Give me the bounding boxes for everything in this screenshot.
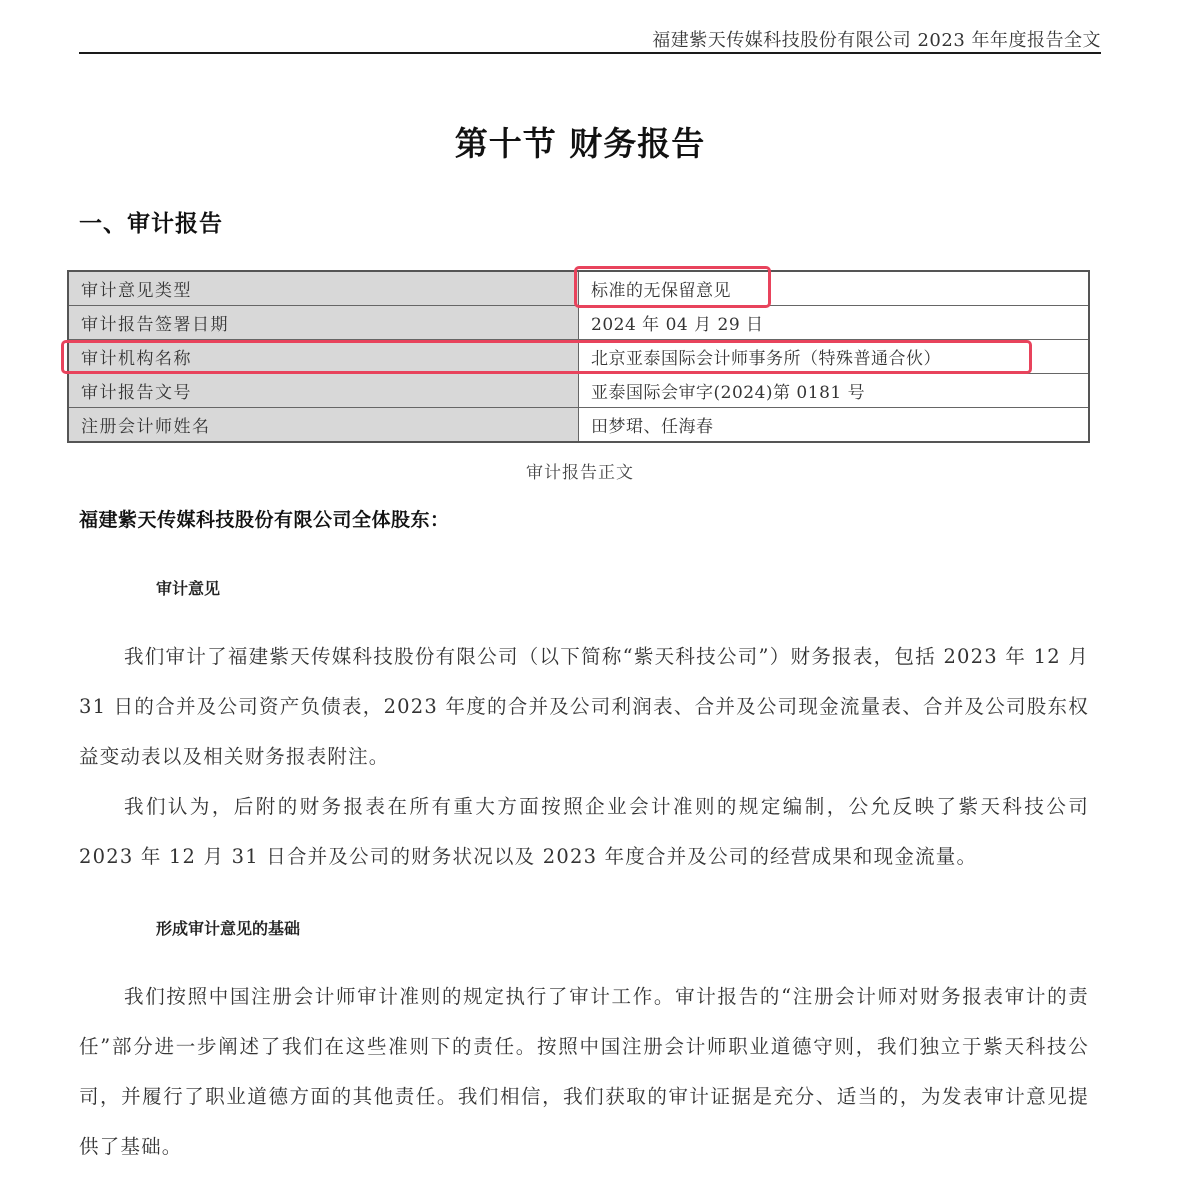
- section-heading: 一、审计报告: [79, 205, 223, 238]
- table-row: 审计报告签署日期 2024 年 04 月 29 日: [68, 306, 1089, 340]
- running-header-title: 福建紫天传媒科技股份有限公司 2023 年年度报告全文: [652, 26, 1101, 52]
- page-title: 第十节 财务报告: [0, 118, 1160, 165]
- table-row: 注册会计师姓名 田梦珺、任海春: [68, 408, 1089, 443]
- row-label: 审计意见类型: [68, 271, 579, 306]
- table-row: 审计意见类型 标准的无保留意见: [68, 271, 1089, 306]
- basis-heading: 形成审计意见的基础: [156, 916, 300, 939]
- row-value: 标准的无保留意见: [579, 271, 1090, 306]
- basis-paragraph: 我们按照中国注册会计师审计准则的规定执行了审计工作。审计报告的“注册会计师对财务…: [79, 972, 1089, 1172]
- table-row: 审计机构名称 北京亚泰国际会计师事务所（特殊普通合伙）: [68, 340, 1089, 374]
- opinion-paragraph-2: 我们认为，后附的财务报表在所有重大方面按照企业会计准则的规定编制，公允反映了紫天…: [79, 782, 1089, 882]
- row-value: 北京亚泰国际会计师事务所（特殊普通合伙）: [579, 340, 1090, 374]
- row-label: 审计报告文号: [68, 374, 579, 408]
- opinion-paragraph-1: 我们审计了福建紫天传媒科技股份有限公司（以下简称“紫天科技公司”）财务报表，包括…: [79, 632, 1089, 782]
- running-header: 福建紫天传媒科技股份有限公司 2023 年年度报告全文: [79, 0, 1101, 54]
- row-label: 注册会计师姓名: [68, 408, 579, 443]
- row-value: 田梦珺、任海春: [579, 408, 1090, 443]
- opinion-heading: 审计意见: [156, 576, 220, 599]
- addressee: 福建紫天传媒科技股份有限公司全体股东：: [79, 505, 450, 532]
- table-row: 审计报告文号 亚泰国际会审字(2024)第 0181 号: [68, 374, 1089, 408]
- audit-info-table: 审计意见类型 标准的无保留意见 审计报告签署日期 2024 年 04 月 29 …: [67, 270, 1090, 443]
- row-label: 审计机构名称: [68, 340, 579, 374]
- row-label: 审计报告签署日期: [68, 306, 579, 340]
- row-value: 2024 年 04 月 29 日: [579, 306, 1090, 340]
- row-value: 亚泰国际会审字(2024)第 0181 号: [579, 374, 1090, 408]
- table-caption: 审计报告正文: [0, 458, 1160, 483]
